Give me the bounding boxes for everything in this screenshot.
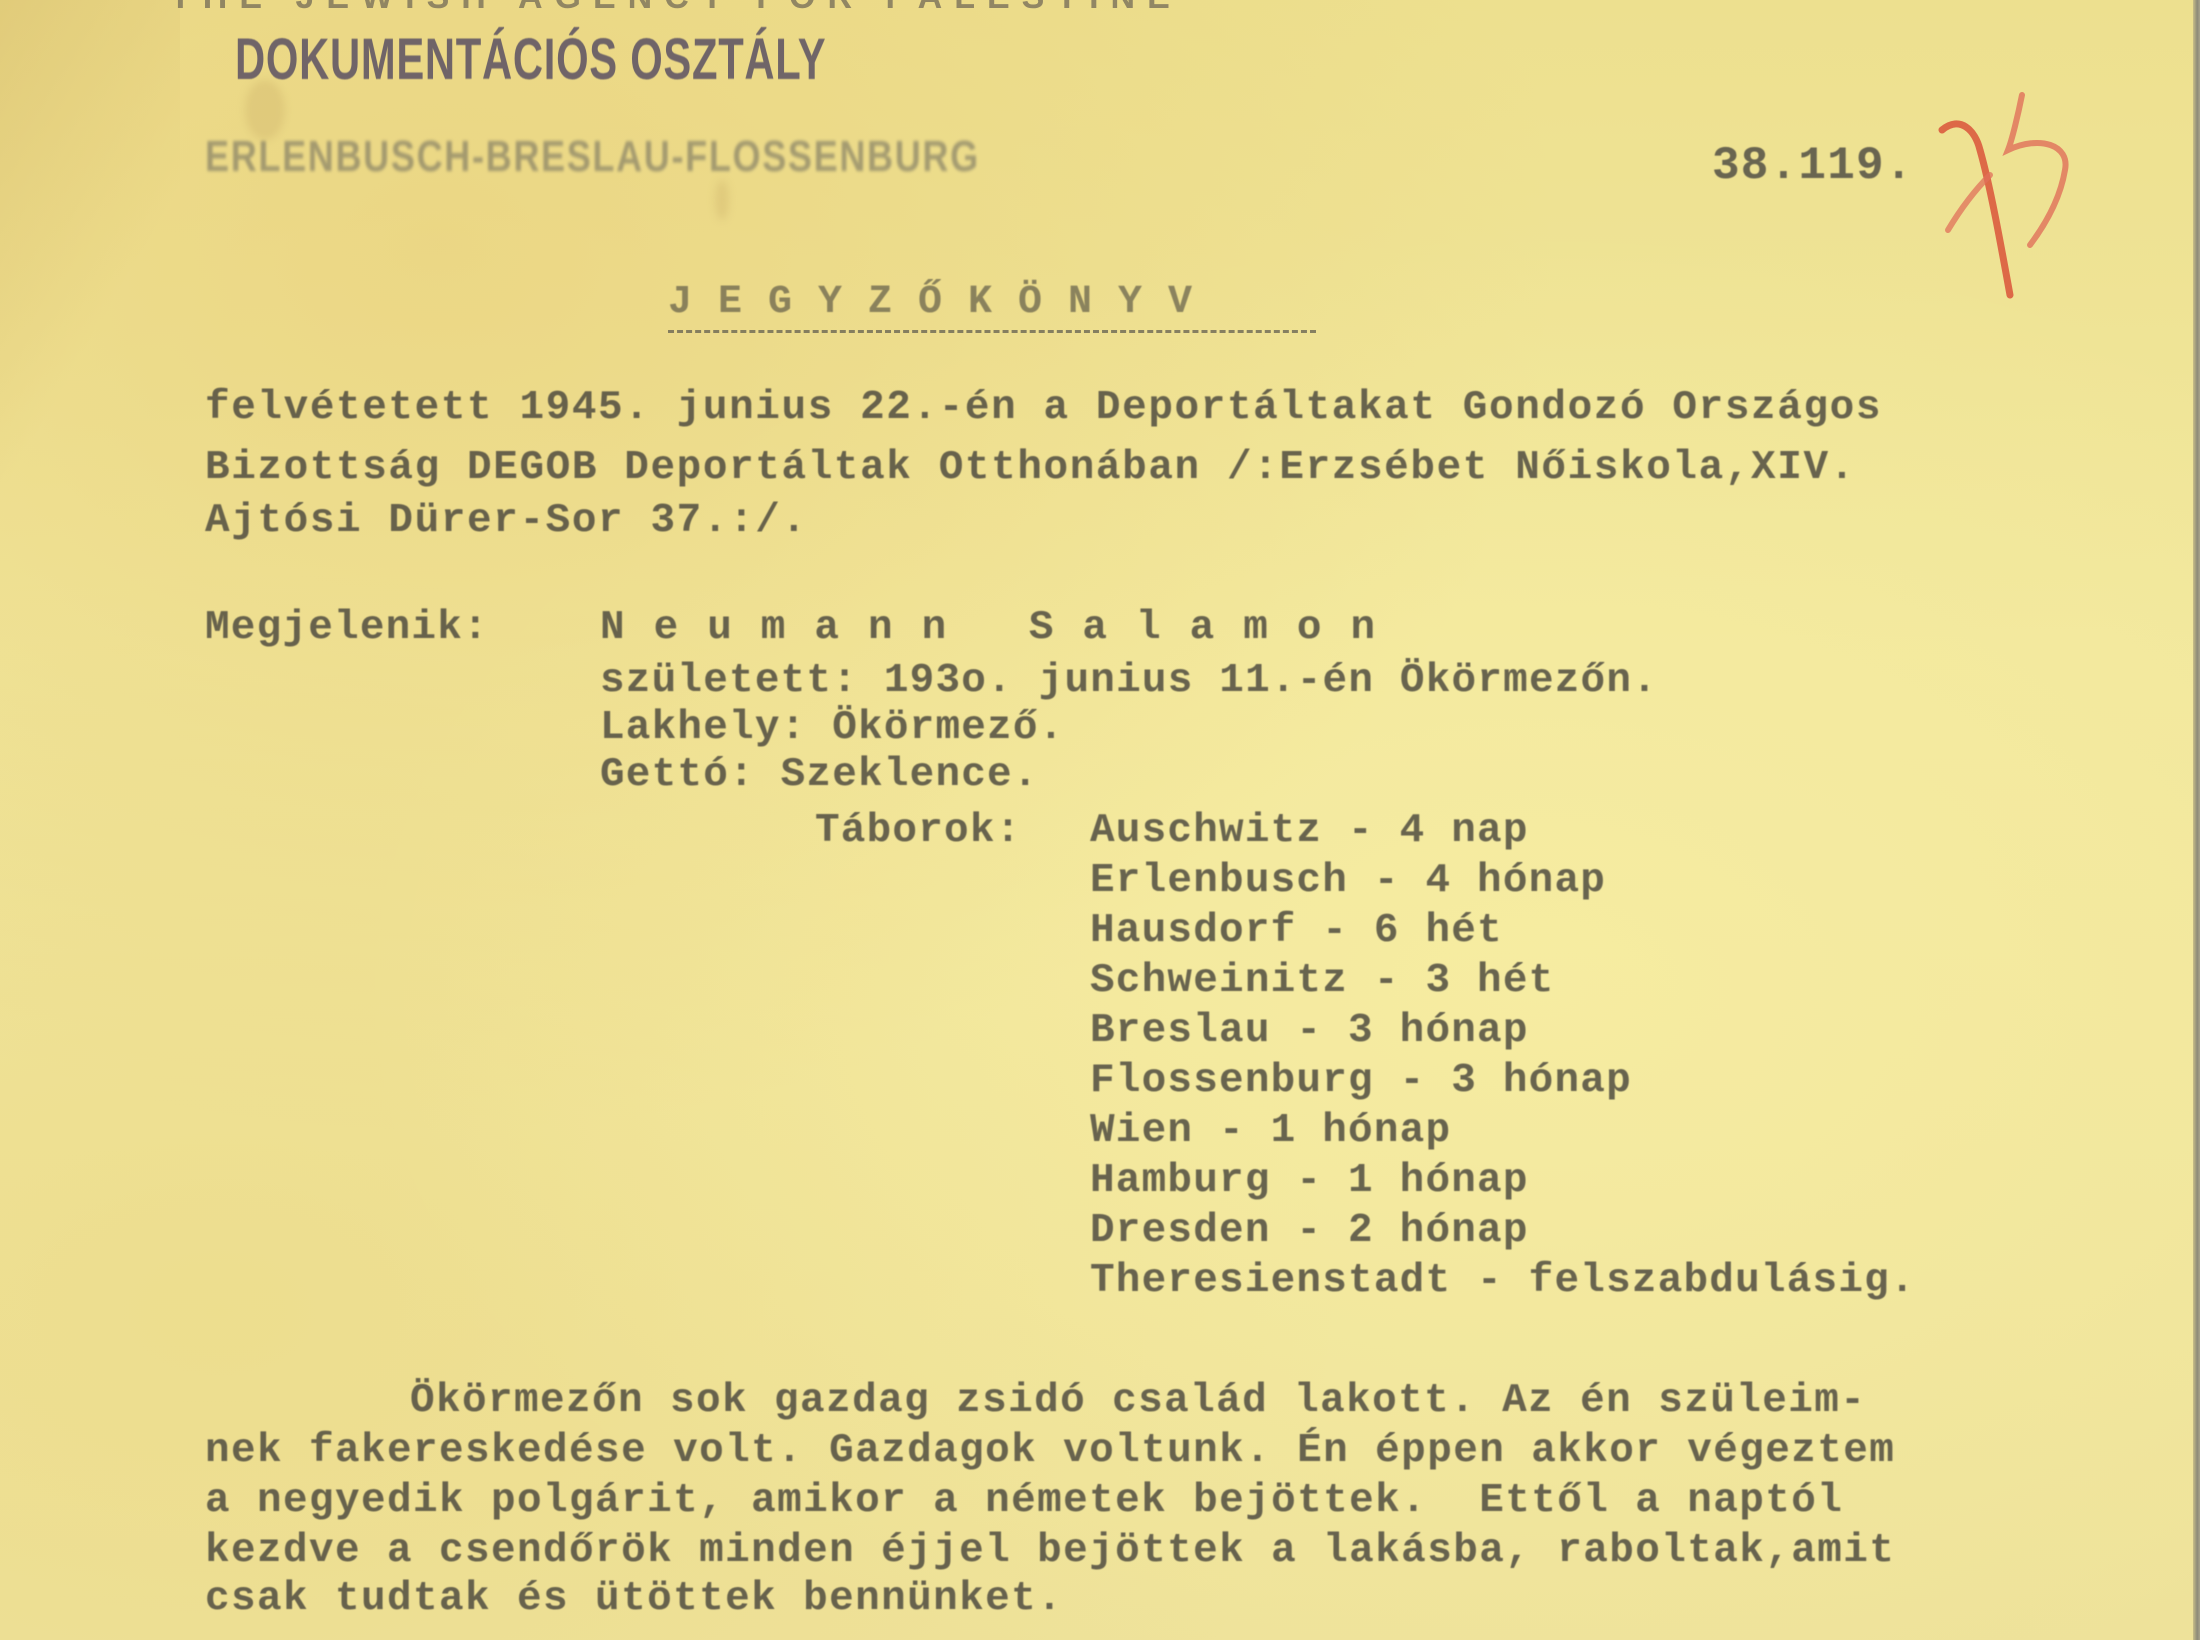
camp-entry: Schweinitz - 3 hét	[1090, 958, 1554, 1004]
page-edge	[2193, 0, 2200, 1640]
camp-entry: Erlenbusch - 4 hónap	[1090, 858, 1606, 904]
person-name: Neumann Salamon	[600, 605, 1404, 651]
camp-route-header: ERLENBUSCH-BRESLAU-FLOSSENBURG	[205, 132, 980, 182]
testimony-line: nek fakereskedése volt. Gazdagok voltunk…	[205, 1428, 1895, 1474]
appears-label: Megjelenik:	[205, 605, 489, 651]
camp-entry: Wien - 1 hónap	[1090, 1108, 1451, 1154]
camp-entry: Hausdorf - 6 hét	[1090, 908, 1503, 954]
camp-entry: Hamburg - 1 hónap	[1090, 1158, 1529, 1204]
testimony-line: a negyedik polgárit, amikor a németek be…	[205, 1478, 1843, 1524]
intro-line-3: Ajtósi Dürer-Sor 37.:/.	[205, 498, 808, 544]
document-title: JEGYZŐKÖNYV	[668, 280, 1218, 325]
red-pencil-mark-icon	[1930, 90, 2100, 320]
camps-label: Táborok:	[815, 808, 1021, 854]
title-underline	[668, 330, 1316, 333]
birth-info: született: 193o. junius 11.-én Ökörmezőn…	[600, 658, 1658, 704]
stamp-department: DOKUMENTÁCIÓS OSZTÁLY	[235, 26, 826, 93]
ghetto-info: Gettó: Szeklence.	[600, 752, 1039, 798]
testimony-line: kezdve a csendőrök minden éjjel bejöttek…	[205, 1528, 1895, 1574]
camp-entry: Auschwitz - 4 nap	[1090, 808, 1529, 854]
paper-fold-shadow	[0, 0, 180, 520]
testimony-line: csak tudtak és ütöttek bennünket.	[205, 1576, 1063, 1622]
residence-info: Lakhely: Ökörmező.	[600, 705, 1064, 751]
intro-line-2: Bizottság DEGOB Deportáltak Otthonában /…	[205, 445, 1856, 491]
document-number: 38.119.	[1712, 140, 1914, 192]
camp-entry: Breslau - 3 hónap	[1090, 1008, 1529, 1054]
camp-entry: Theresienstadt - felszabdulásig.	[1090, 1258, 1916, 1304]
intro-line-1: felvétetett 1945. junius 22.-én a Deport…	[205, 385, 1882, 431]
camp-entry: Flossenburg - 3 hónap	[1090, 1058, 1632, 1104]
stamp-agency-line: THE JEWISH AGENCY FOR PALESTINE	[170, 0, 1182, 17]
testimony-line: Ökörmezőn sok gazdag zsidó család lakott…	[410, 1378, 1866, 1424]
camp-entry: Dresden - 2 hónap	[1090, 1208, 1529, 1254]
paper-stain	[715, 180, 729, 220]
